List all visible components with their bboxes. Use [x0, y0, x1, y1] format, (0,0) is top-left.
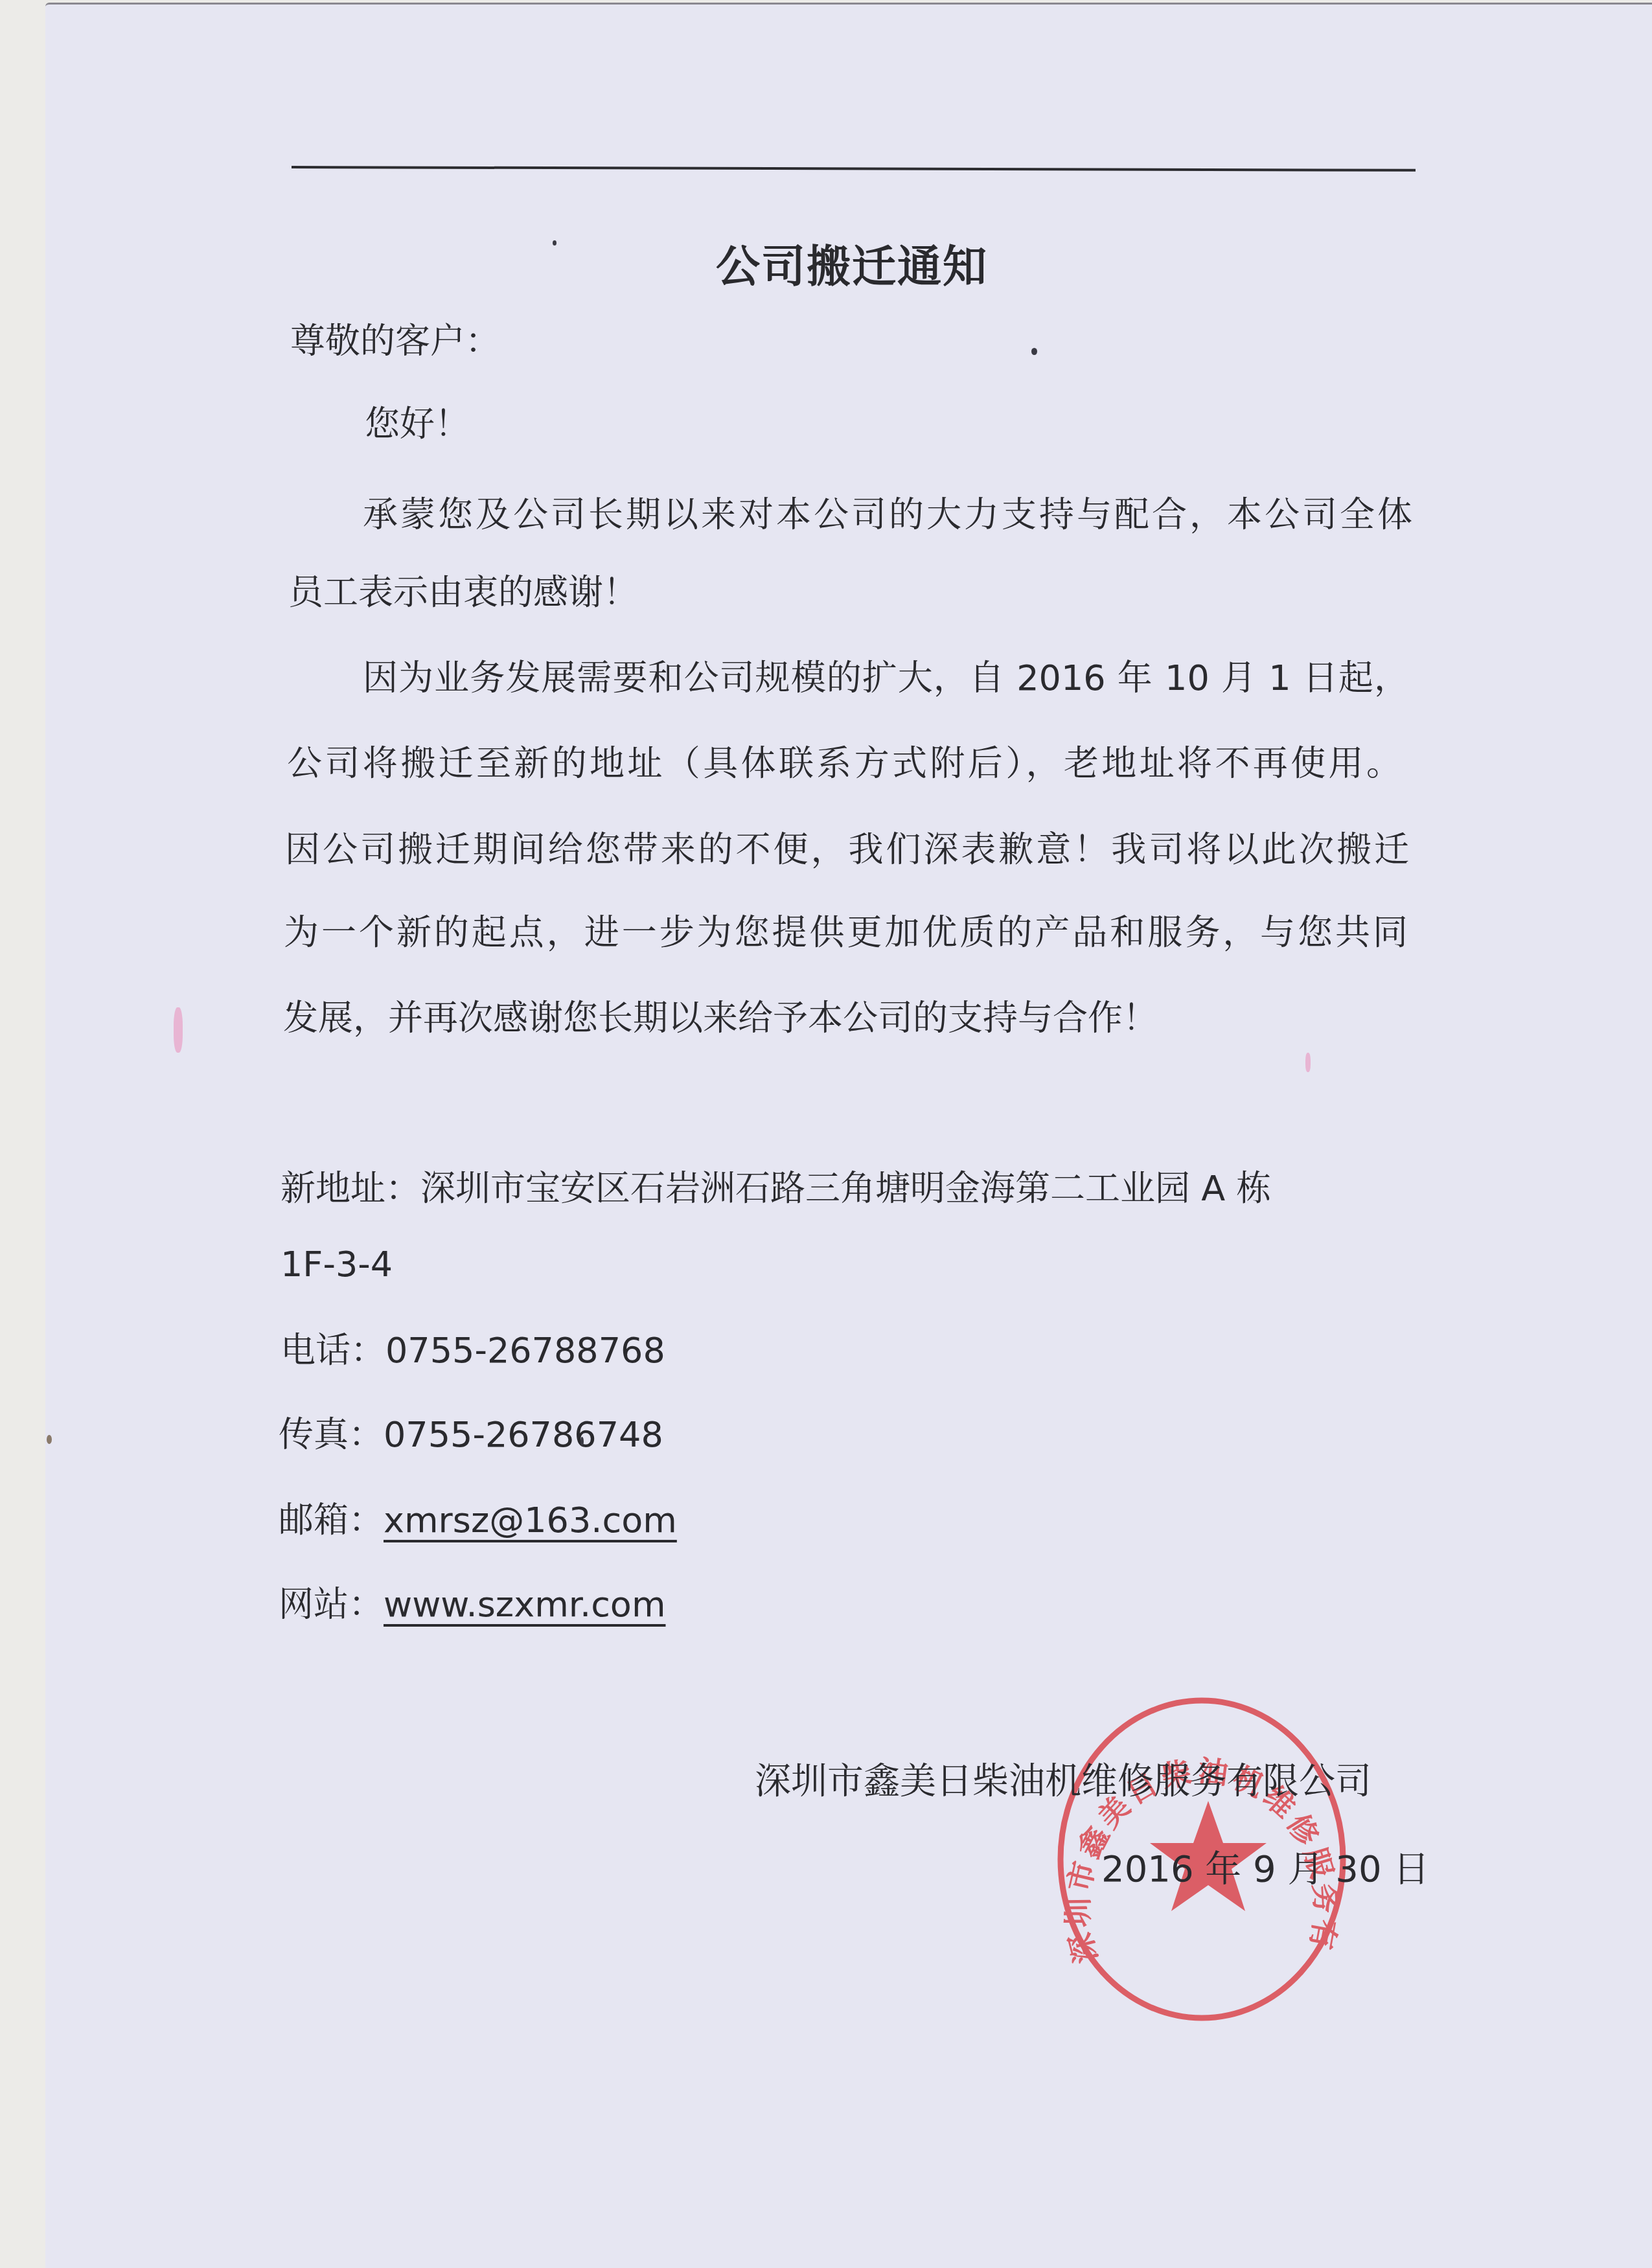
scan-speck — [47, 1435, 52, 1444]
paragraph2-line2: 公司将搬迁至新的地址（具体联系方式附后），老地址将不再使用。 — [287, 746, 1401, 781]
website-link[interactable]: www.szxmr.com — [384, 1584, 665, 1625]
paragraph2-line5: 发展，并再次感谢您长期以来给予本公司的支持与合作！ — [283, 1001, 1158, 1036]
address-value: 深圳市宝安区石岩洲石路三角塘明金海第二工业园 A 栋 — [420, 1168, 1271, 1209]
salutation: 尊敬的客户： — [290, 324, 500, 359]
website-label: 网站： — [279, 1584, 384, 1625]
paragraph2-line1: 因为业务发展需要和公司规模的扩大，自 2016 年 10 月 1 日起， — [363, 661, 1409, 696]
document-title: 公司搬迁通知 — [0, 232, 1652, 295]
signature-date: 2016 年 9 月 30 日 — [1101, 1851, 1429, 1888]
paragraph2-line3: 因公司搬迁期间给您带来的不便，我们深表歉意！我司将以此次搬迁 — [285, 832, 1409, 867]
fax-label: 传真： — [279, 1414, 384, 1455]
greeting: 您好！ — [365, 407, 470, 442]
address-line2: 1F-3-4 — [281, 1247, 393, 1282]
phone-value: 0755-26788768 — [385, 1330, 665, 1371]
paper-sheet — [45, 3, 1652, 2268]
phone-row: 电话：0755-26788768 — [281, 1333, 665, 1368]
paragraph1-line1: 承蒙您及公司长期以来对本公司的大力支持与配合，本公司全体 — [363, 498, 1412, 533]
phone-label: 电话： — [281, 1330, 385, 1371]
address-row: 新地址：深圳市宝安区石岩洲石路三角塘明金海第二工业园 A 栋 — [281, 1171, 1271, 1206]
email-link[interactable]: xmrsz@163.com — [384, 1500, 677, 1541]
email-row: 邮箱：xmrsz@163.com — [279, 1503, 677, 1538]
signature-company: 深圳市鑫美日柴油机维修服务有限公司 — [755, 1763, 1371, 1800]
paragraph2-line4: 为一个新的起点，进一步为您提供更加优质的产品和服务，与您共同 — [284, 915, 1408, 950]
fax-row: 传真：0755-26786748 — [279, 1417, 663, 1452]
email-label: 邮箱： — [279, 1500, 384, 1541]
scan-speck — [553, 240, 556, 246]
ink-mark — [1305, 1053, 1311, 1072]
website-row: 网站：www.szxmr.com — [279, 1587, 665, 1622]
paragraph1-line2: 员工表示由衷的感谢！ — [288, 575, 638, 610]
scan-speck — [580, 1437, 584, 1446]
address-label: 新地址： — [281, 1168, 420, 1209]
scan-speck — [1031, 348, 1037, 355]
fax-value: 0755-26786748 — [384, 1414, 663, 1455]
ink-mark — [174, 1007, 183, 1053]
